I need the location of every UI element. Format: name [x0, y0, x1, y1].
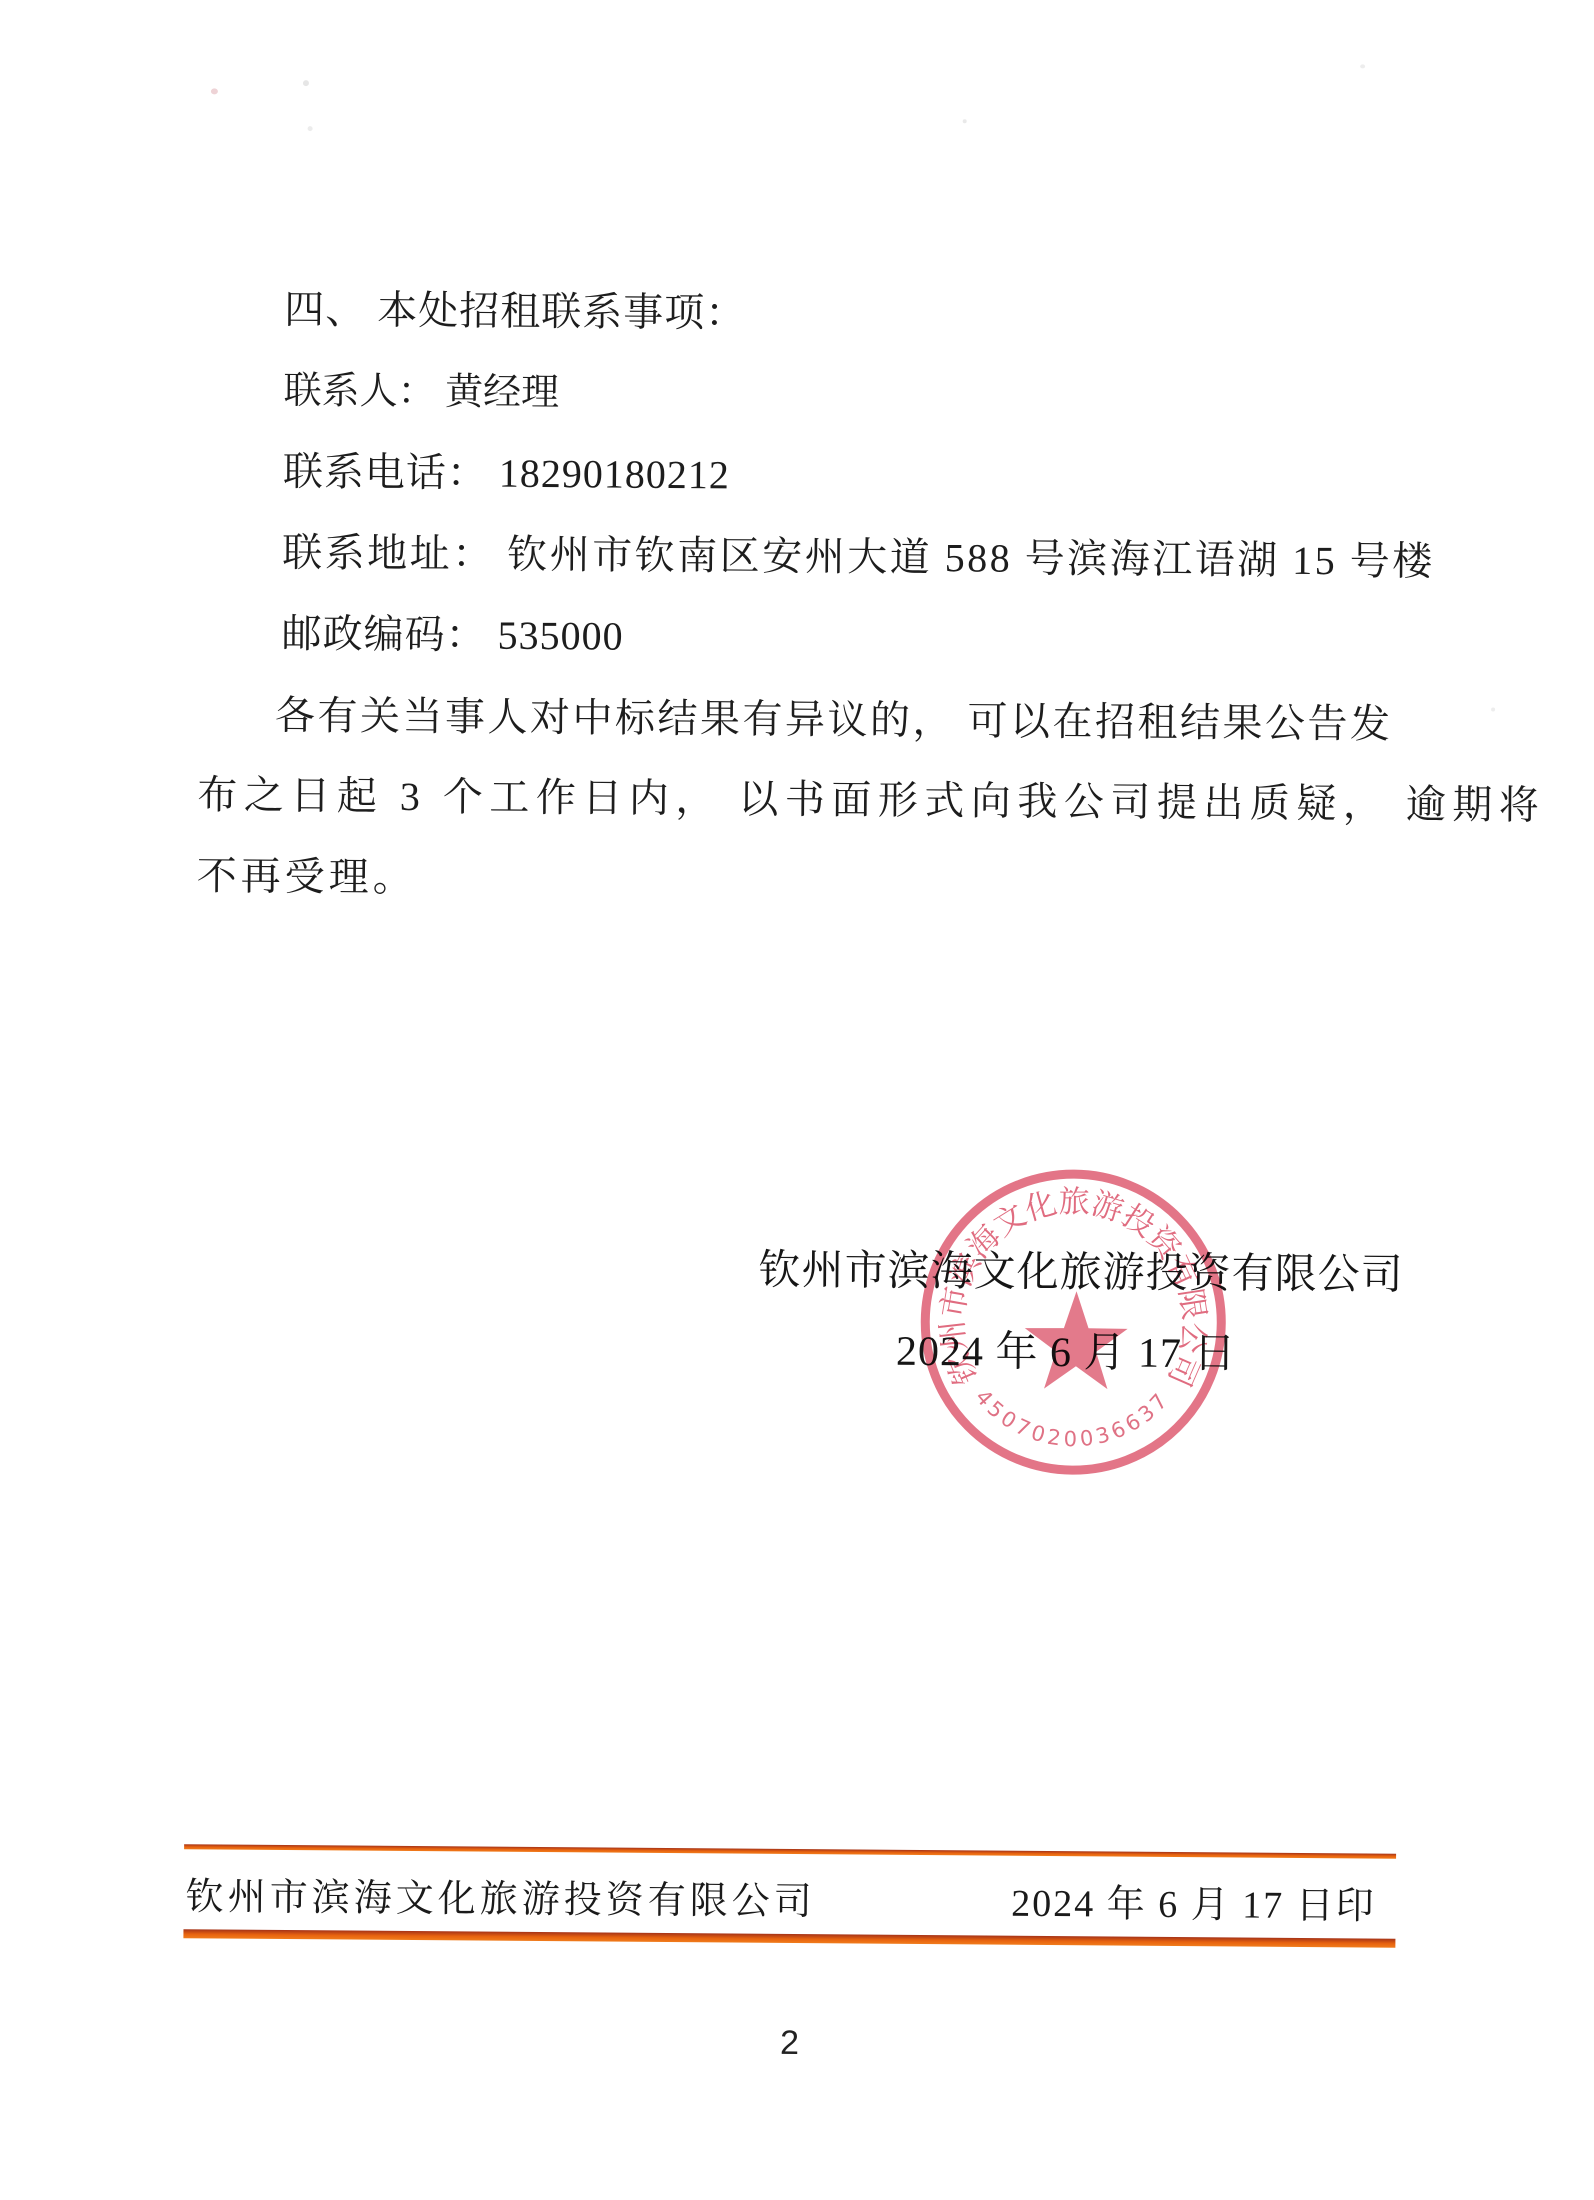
objection-paragraph-line: 不再受理。: [197, 852, 417, 902]
scan-speck: [211, 88, 218, 94]
scan-speck: [1491, 707, 1495, 711]
company-seal-stamp: 钦州市滨海文化旅游投资有限公司 4507020036637: [912, 1161, 1235, 1484]
scan-speck: [303, 80, 309, 86]
footer-text-row: 钦州市滨海文化旅游投资有限公司 2024 年 6 月 17 日印: [184, 1866, 1396, 1928]
section-heading: 四、 本处招租联系事项：: [284, 286, 746, 338]
objection-paragraph-line: 布之日起 3 个工作日内， 以书面形式向我公司提出质疑， 逾期将: [197, 771, 1545, 830]
page-number: 2: [0, 2018, 1587, 2070]
contact-person-line: 联系人： 黄经理: [283, 367, 559, 417]
stamp-star-icon: [1024, 1291, 1128, 1390]
footer-company: 钦州市滨海文化旅游投资有限公司: [186, 1865, 816, 1925]
stamp-serial-number: 4507020036637: [970, 1385, 1174, 1452]
postal-code-line: 邮政编码： 535000: [281, 610, 623, 661]
scan-speck: [308, 126, 313, 131]
scanned-content: 四、 本处招租联系事项： 联系人： 黄经理 联系电话： 18290180212 …: [0, 0, 1594, 2200]
footer-rule-bottom: [183, 1929, 1395, 1948]
document-page: 四、 本处招租联系事项： 联系人： 黄经理 联系电话： 18290180212 …: [0, 0, 1594, 2200]
scan-speck: [1360, 64, 1365, 68]
scan-speck: [963, 119, 967, 123]
contact-address-line: 联系地址： 钦州市钦南区安州大道 588 号滨海江语湖 15 号楼: [282, 529, 1435, 586]
objection-paragraph-line: 各有关当事人对中标结果有异议的， 可以在招租结果公告发: [275, 692, 1393, 749]
footer-rule-top: [184, 1844, 1396, 1859]
page-footer: 钦州市滨海文化旅游投资有限公司 2024 年 6 月 17 日印: [183, 1844, 1396, 1954]
footer-print-date: 2024 年 6 月 17 日印: [1011, 1871, 1376, 1929]
contact-phone-line: 联系电话： 18290180212: [283, 448, 730, 500]
